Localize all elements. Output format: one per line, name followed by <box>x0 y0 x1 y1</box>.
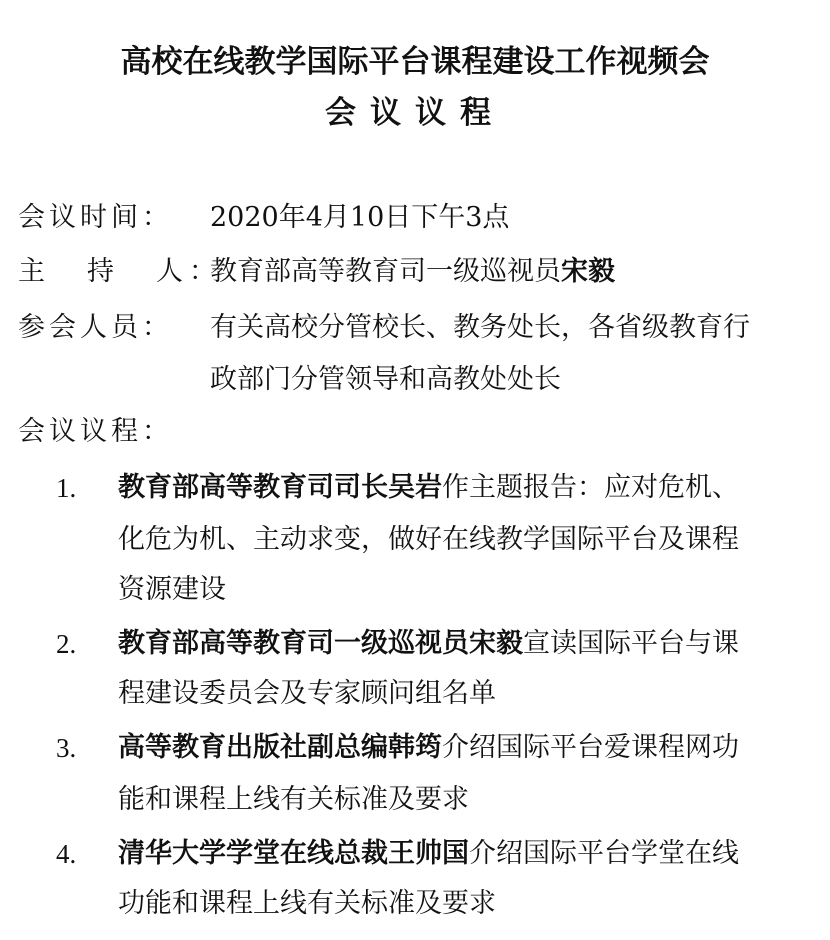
attendees-label: 参会人员： <box>18 310 173 346</box>
agenda-item-number: 1. <box>56 470 76 506</box>
agenda-item-2: 教育部高等教育司一级巡视员宋毅宣读国际平台与课 <box>118 626 739 662</box>
agenda-label: 会议议程： <box>18 414 173 450</box>
agenda-speaker: 教育部高等教育司司长吴岩 <box>118 472 442 503</box>
agenda-item-3-line-2: 能和课程上线有关标准及要求 <box>118 782 469 818</box>
document-subtitle: 会议议程 <box>0 93 830 133</box>
agenda-item-4: 清华大学学堂在线总裁王帅国介绍国际平台学堂在线 <box>118 836 739 872</box>
agenda-item-number: 4. <box>56 836 76 872</box>
agenda-topic: 介绍国际平台学堂在线 <box>469 838 739 869</box>
agenda-item-1-line-3: 资源建设 <box>118 572 226 608</box>
agenda-item-2-line-2: 程建设委员会及专家顾问组名单 <box>118 676 496 712</box>
host-name: 宋毅 <box>561 256 615 287</box>
host-value: 教育部高等教育司一级巡视员宋毅 <box>210 254 615 290</box>
agenda-topic: 作主题报告：应对危机、 <box>442 472 739 503</box>
agenda-speaker: 教育部高等教育司一级巡视员宋毅 <box>118 628 523 659</box>
agenda-item-number: 2. <box>56 626 76 662</box>
agenda-topic: 宣读国际平台与课 <box>523 628 739 659</box>
agenda-item-1: 教育部高等教育司司长吴岩作主题报告：应对危机、 <box>118 470 739 506</box>
attendees-line-2: 政部门分管领导和高教处处长 <box>210 362 561 398</box>
agenda-speaker: 清华大学学堂在线总裁王帅国 <box>118 838 469 869</box>
agenda-item-number: 3. <box>56 730 76 766</box>
agenda-topic: 介绍国际平台爱课程网功 <box>442 732 739 763</box>
host-title: 教育部高等教育司一级巡视员 <box>210 256 561 287</box>
agenda-item-1-line-2: 化危为机、主动求变，做好在线教学国际平台及课程 <box>118 522 739 558</box>
meeting-time-label: 会议时间： <box>18 200 173 236</box>
agenda-item-3: 高等教育出版社副总编韩筠介绍国际平台爱课程网功 <box>118 730 739 766</box>
meeting-time-value: 2020年4月10日下午3点 <box>210 200 509 236</box>
attendees-line-1: 有关高校分管校长、教务处长，各省级教育行 <box>210 310 750 346</box>
agenda-speaker: 高等教育出版社副总编韩筠 <box>118 732 442 763</box>
agenda-item-4-line-2: 功能和课程上线有关标准及要求 <box>118 886 496 922</box>
document-title: 高校在线教学国际平台课程建设工作视频会 <box>0 42 830 82</box>
host-label: 主持人： <box>18 254 222 290</box>
